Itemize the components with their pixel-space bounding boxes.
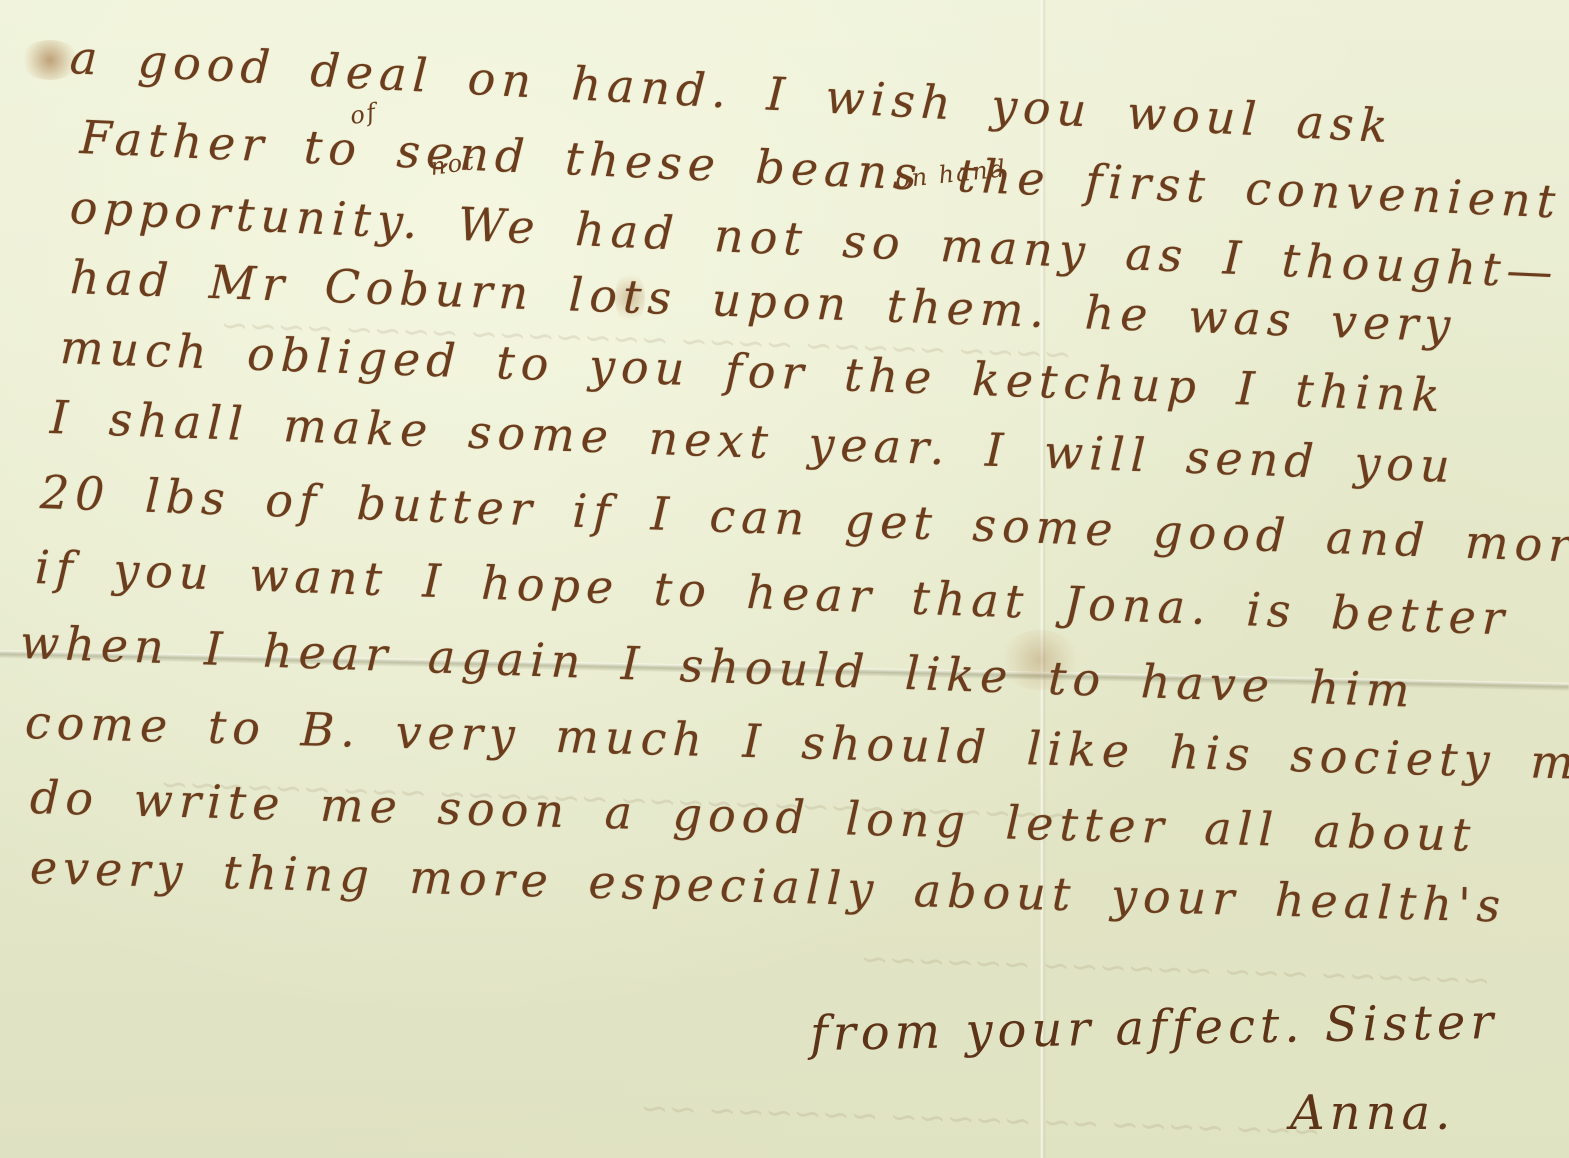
- insertion-of: of: [348, 98, 380, 130]
- letter-signature: Anna.: [1290, 1085, 1455, 1141]
